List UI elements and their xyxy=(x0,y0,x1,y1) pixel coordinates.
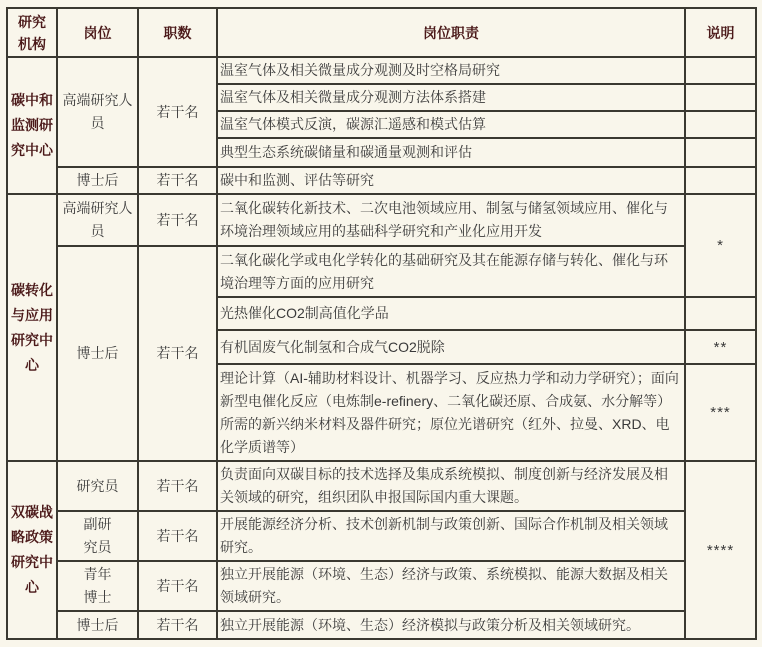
table-row: 博士后 若干名 碳中和监测、评估等研究 xyxy=(7,167,756,194)
recruitment-table: 研究 机构 岗位 职数 岗位职责 说明 碳中和监测研究中心 高端研究人员 若干名… xyxy=(6,7,757,640)
duty-cell: 负责面向双碳目标的技术选择及集成系统模拟、制度创新与经济发展及相关领域的研究，组… xyxy=(217,461,685,511)
note-cell-triple-star: *** xyxy=(685,364,756,461)
institution-cell-dual-carbon-policy: 双碳战略政策研究中心 xyxy=(7,461,57,639)
note-cell xyxy=(685,138,756,167)
table-row: 博士后 若干名 独立开展能源（环境、生态）经济模拟与政策分析及相关领域研究。 xyxy=(7,611,756,639)
header-position: 岗位 xyxy=(57,8,138,57)
header-duty: 岗位职责 xyxy=(217,8,685,57)
duty-cell: 温室气体模式反演，碳源汇遥感和模式估算 xyxy=(217,111,685,138)
duty-cell: 独立开展能源（环境、生态）经济与政策、系统模拟、能源大数据及相关领域研究。 xyxy=(217,561,685,611)
position-cell: 青年 博士 xyxy=(57,561,138,611)
position-cell: 博士后 xyxy=(57,167,138,194)
duty-cell: 光热催化CO2制高值化学品 xyxy=(217,297,685,330)
note-cell xyxy=(685,167,756,194)
note-cell xyxy=(685,57,756,84)
table-row: 碳转化与应用研究中心 高端研究人员 若干名 二氧化碳转化新技术、二次电池领域应用… xyxy=(7,194,756,246)
table-row: 副研 究员 若干名 开展能源经济分析、技术创新机制与政策创新、国际合作机制及相关… xyxy=(7,511,756,561)
quota-cell: 若干名 xyxy=(138,57,217,167)
quota-cell: 若干名 xyxy=(138,461,217,511)
table-row: 博士后 若干名 二氧化碳化学或电化学转化的基础研究及其在能源存储与转化、催化与环… xyxy=(7,246,756,297)
table-row: 双碳战略政策研究中心 研究员 若干名 负责面向双碳目标的技术选择及集成系统模拟、… xyxy=(7,461,756,511)
institution-cell-carbon-conversion: 碳转化与应用研究中心 xyxy=(7,194,57,461)
duty-cell: 开展能源经济分析、技术创新机制与政策创新、国际合作机制及相关领域研究。 xyxy=(217,511,685,561)
position-cell: 副研 究员 xyxy=(57,511,138,561)
quota-cell: 若干名 xyxy=(138,167,217,194)
header-note: 说明 xyxy=(685,8,756,57)
quota-cell: 若干名 xyxy=(138,246,217,461)
quota-cell: 若干名 xyxy=(138,511,217,561)
institution-cell-carbon-monitoring: 碳中和监测研究中心 xyxy=(7,57,57,194)
duty-cell: 有机固废气化制氢和合成气CO2脱除 xyxy=(217,330,685,364)
quota-cell: 若干名 xyxy=(138,611,217,639)
position-cell: 博士后 xyxy=(57,246,138,461)
note-cell xyxy=(685,297,756,330)
quota-cell: 若干名 xyxy=(138,561,217,611)
position-cell: 研究员 xyxy=(57,461,138,511)
duty-cell: 碳中和监测、评估等研究 xyxy=(217,167,685,194)
duty-cell: 温室气体及相关微量成分观测及时空格局研究 xyxy=(217,57,685,84)
note-cell xyxy=(685,111,756,138)
duty-cell: 温室气体及相关微量成分观测方法体系搭建 xyxy=(217,84,685,111)
duty-cell: 二氧化碳化学或电化学转化的基础研究及其在能源存储与转化、催化与环境治理等方面的应… xyxy=(217,246,685,297)
note-cell-quad-star: **** xyxy=(685,461,756,639)
position-cell: 高端研究人员 xyxy=(57,194,138,246)
note-cell-star: * xyxy=(685,194,756,297)
header-quota: 职数 xyxy=(138,8,217,57)
header-row: 研究 机构 岗位 职数 岗位职责 说明 xyxy=(7,8,756,57)
note-cell xyxy=(685,84,756,111)
duty-cell: 二氧化碳转化新技术、二次电池领域应用、制氢与储氢领域应用、催化与环境治理领域应用… xyxy=(217,194,685,246)
table-row: 青年 博士 若干名 独立开展能源（环境、生态）经济与政策、系统模拟、能源大数据及… xyxy=(7,561,756,611)
duty-cell: 独立开展能源（环境、生态）经济模拟与政策分析及相关领域研究。 xyxy=(217,611,685,639)
header-institution: 研究 机构 xyxy=(7,8,57,57)
table-row: 碳中和监测研究中心 高端研究人员 若干名 温室气体及相关微量成分观测及时空格局研… xyxy=(7,57,756,84)
position-cell: 高端研究人员 xyxy=(57,57,138,167)
position-cell: 博士后 xyxy=(57,611,138,639)
quota-cell: 若干名 xyxy=(138,194,217,246)
duty-cell: 典型生态系统碳储量和碳通量观测和评估 xyxy=(217,138,685,167)
note-cell-double-star: ** xyxy=(685,330,756,364)
duty-cell: 理论计算（AI-辅助材料设计、机器学习、反应热力学和动力学研究）；面向新型电催化… xyxy=(217,364,685,461)
